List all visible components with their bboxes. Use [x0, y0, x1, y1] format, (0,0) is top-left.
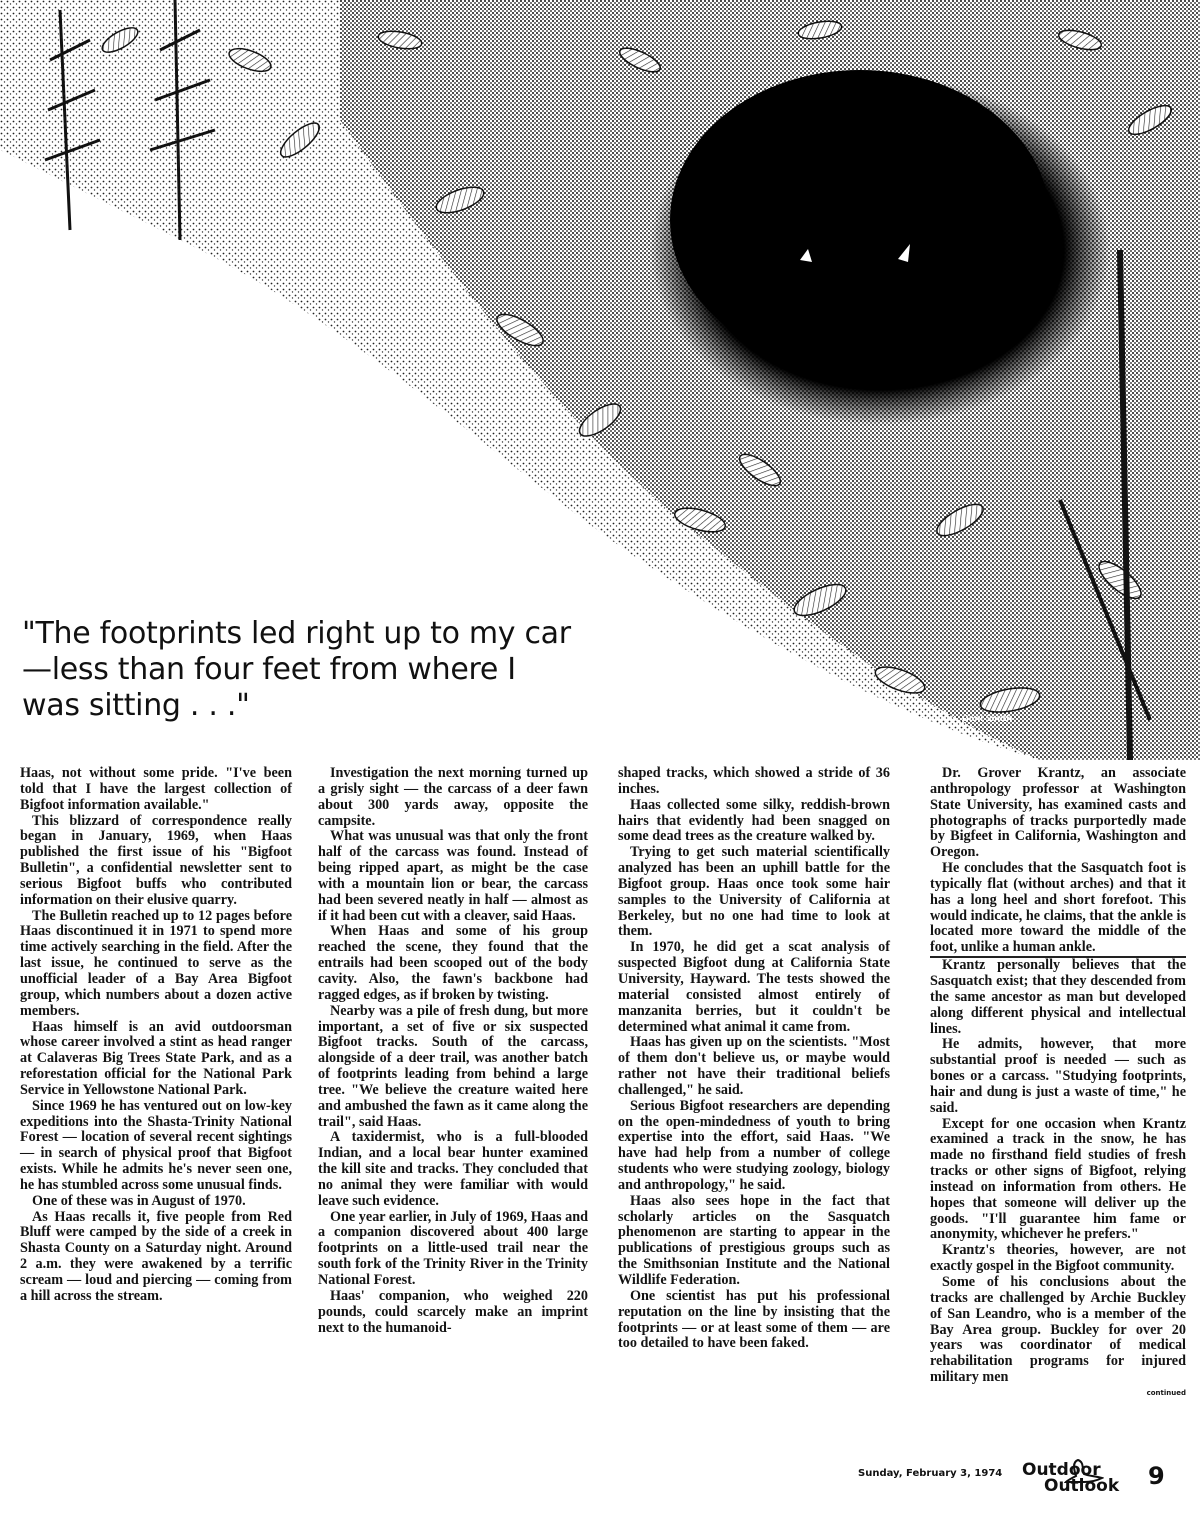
paragraph: Investigation the next morning turned up…	[318, 766, 588, 829]
paragraph: A taxidermist, who is a full-blooded Ind…	[318, 1130, 588, 1209]
page-number: 9	[1148, 1462, 1165, 1490]
paragraph: Trying to get such material scientifical…	[618, 845, 890, 940]
paragraph: Dr. Grover Krantz, an associate anthropo…	[930, 766, 1186, 861]
paragraph: He concludes that the Sasquatch foot is …	[930, 861, 1186, 958]
paragraph: Nearby was a pile of fresh dung, but mor…	[318, 1004, 588, 1131]
continued-label: continued	[930, 1386, 1186, 1402]
paragraph: This blizzard of correspondence really b…	[20, 814, 292, 909]
paragraph: In 1970, he did get a scat analysis of s…	[618, 940, 890, 1035]
paragraph: Since 1969 he has ventured out on low-ke…	[20, 1099, 292, 1194]
illustrator-signature: Onni Smith	[962, 714, 1012, 723]
paragraph: shaped tracks, which showed a stride of …	[618, 766, 890, 798]
paragraph: What was unusual was that only the front…	[318, 829, 588, 924]
paragraph: Some of his conclusions about the tracks…	[930, 1275, 1186, 1386]
paragraph: One year earlier, in July of 1969, Haas …	[318, 1210, 588, 1289]
bird-icon	[1064, 1458, 1104, 1492]
article-column-2: Investigation the next morning turned up…	[318, 766, 588, 1336]
paragraph: Haas' companion, who weighed 220 pounds,…	[318, 1289, 588, 1337]
paragraph: As Haas recalls it, five people from Red…	[20, 1210, 292, 1305]
paragraph: Except for one occasion when Krantz exam…	[930, 1117, 1186, 1244]
paragraph: Haas, not without some pride. "I've been…	[20, 766, 292, 814]
article-column-4: Dr. Grover Krantz, an associate anthropo…	[930, 766, 1186, 1402]
paragraph: One scientist has put his professional r…	[618, 1289, 890, 1352]
paragraph: Haas has given up on the scientists. "Mo…	[618, 1035, 890, 1098]
paragraph: Krantz personally believes that the Sasq…	[930, 958, 1186, 1037]
paragraph: Krantz's theories, however, are not exac…	[930, 1243, 1186, 1275]
paragraph: Haas himself is an avid outdoorsman whos…	[20, 1020, 292, 1099]
pull-quote-line-1: "The footprints led right up to my car	[22, 616, 582, 652]
paragraph: Serious Bigfoot researchers are dependin…	[618, 1099, 890, 1194]
article-column-1: Haas, not without some pride. "I've been…	[20, 766, 292, 1305]
paragraph: When Haas and some of his group reached …	[318, 924, 588, 1003]
paragraph: The Bulletin reached up to 12 pages befo…	[20, 909, 292, 1020]
paragraph: Haas also sees hope in the fact that sch…	[618, 1194, 890, 1289]
paragraph: One of these was in August of 1970.	[20, 1194, 292, 1210]
pull-quote-line-3: was sitting . . ."	[22, 688, 582, 724]
paragraph: He admits, however, that more substantia…	[930, 1037, 1186, 1116]
publication-date: Sunday, February 3, 1974	[858, 1468, 1002, 1479]
pull-quote-line-2: —less than four feet from where I	[22, 652, 582, 688]
pull-quote: "The footprints led right up to my car —…	[22, 616, 582, 724]
article-column-3: shaped tracks, which showed a stride of …	[618, 766, 890, 1352]
paragraph: Haas collected some silky, reddish-brown…	[618, 798, 890, 846]
